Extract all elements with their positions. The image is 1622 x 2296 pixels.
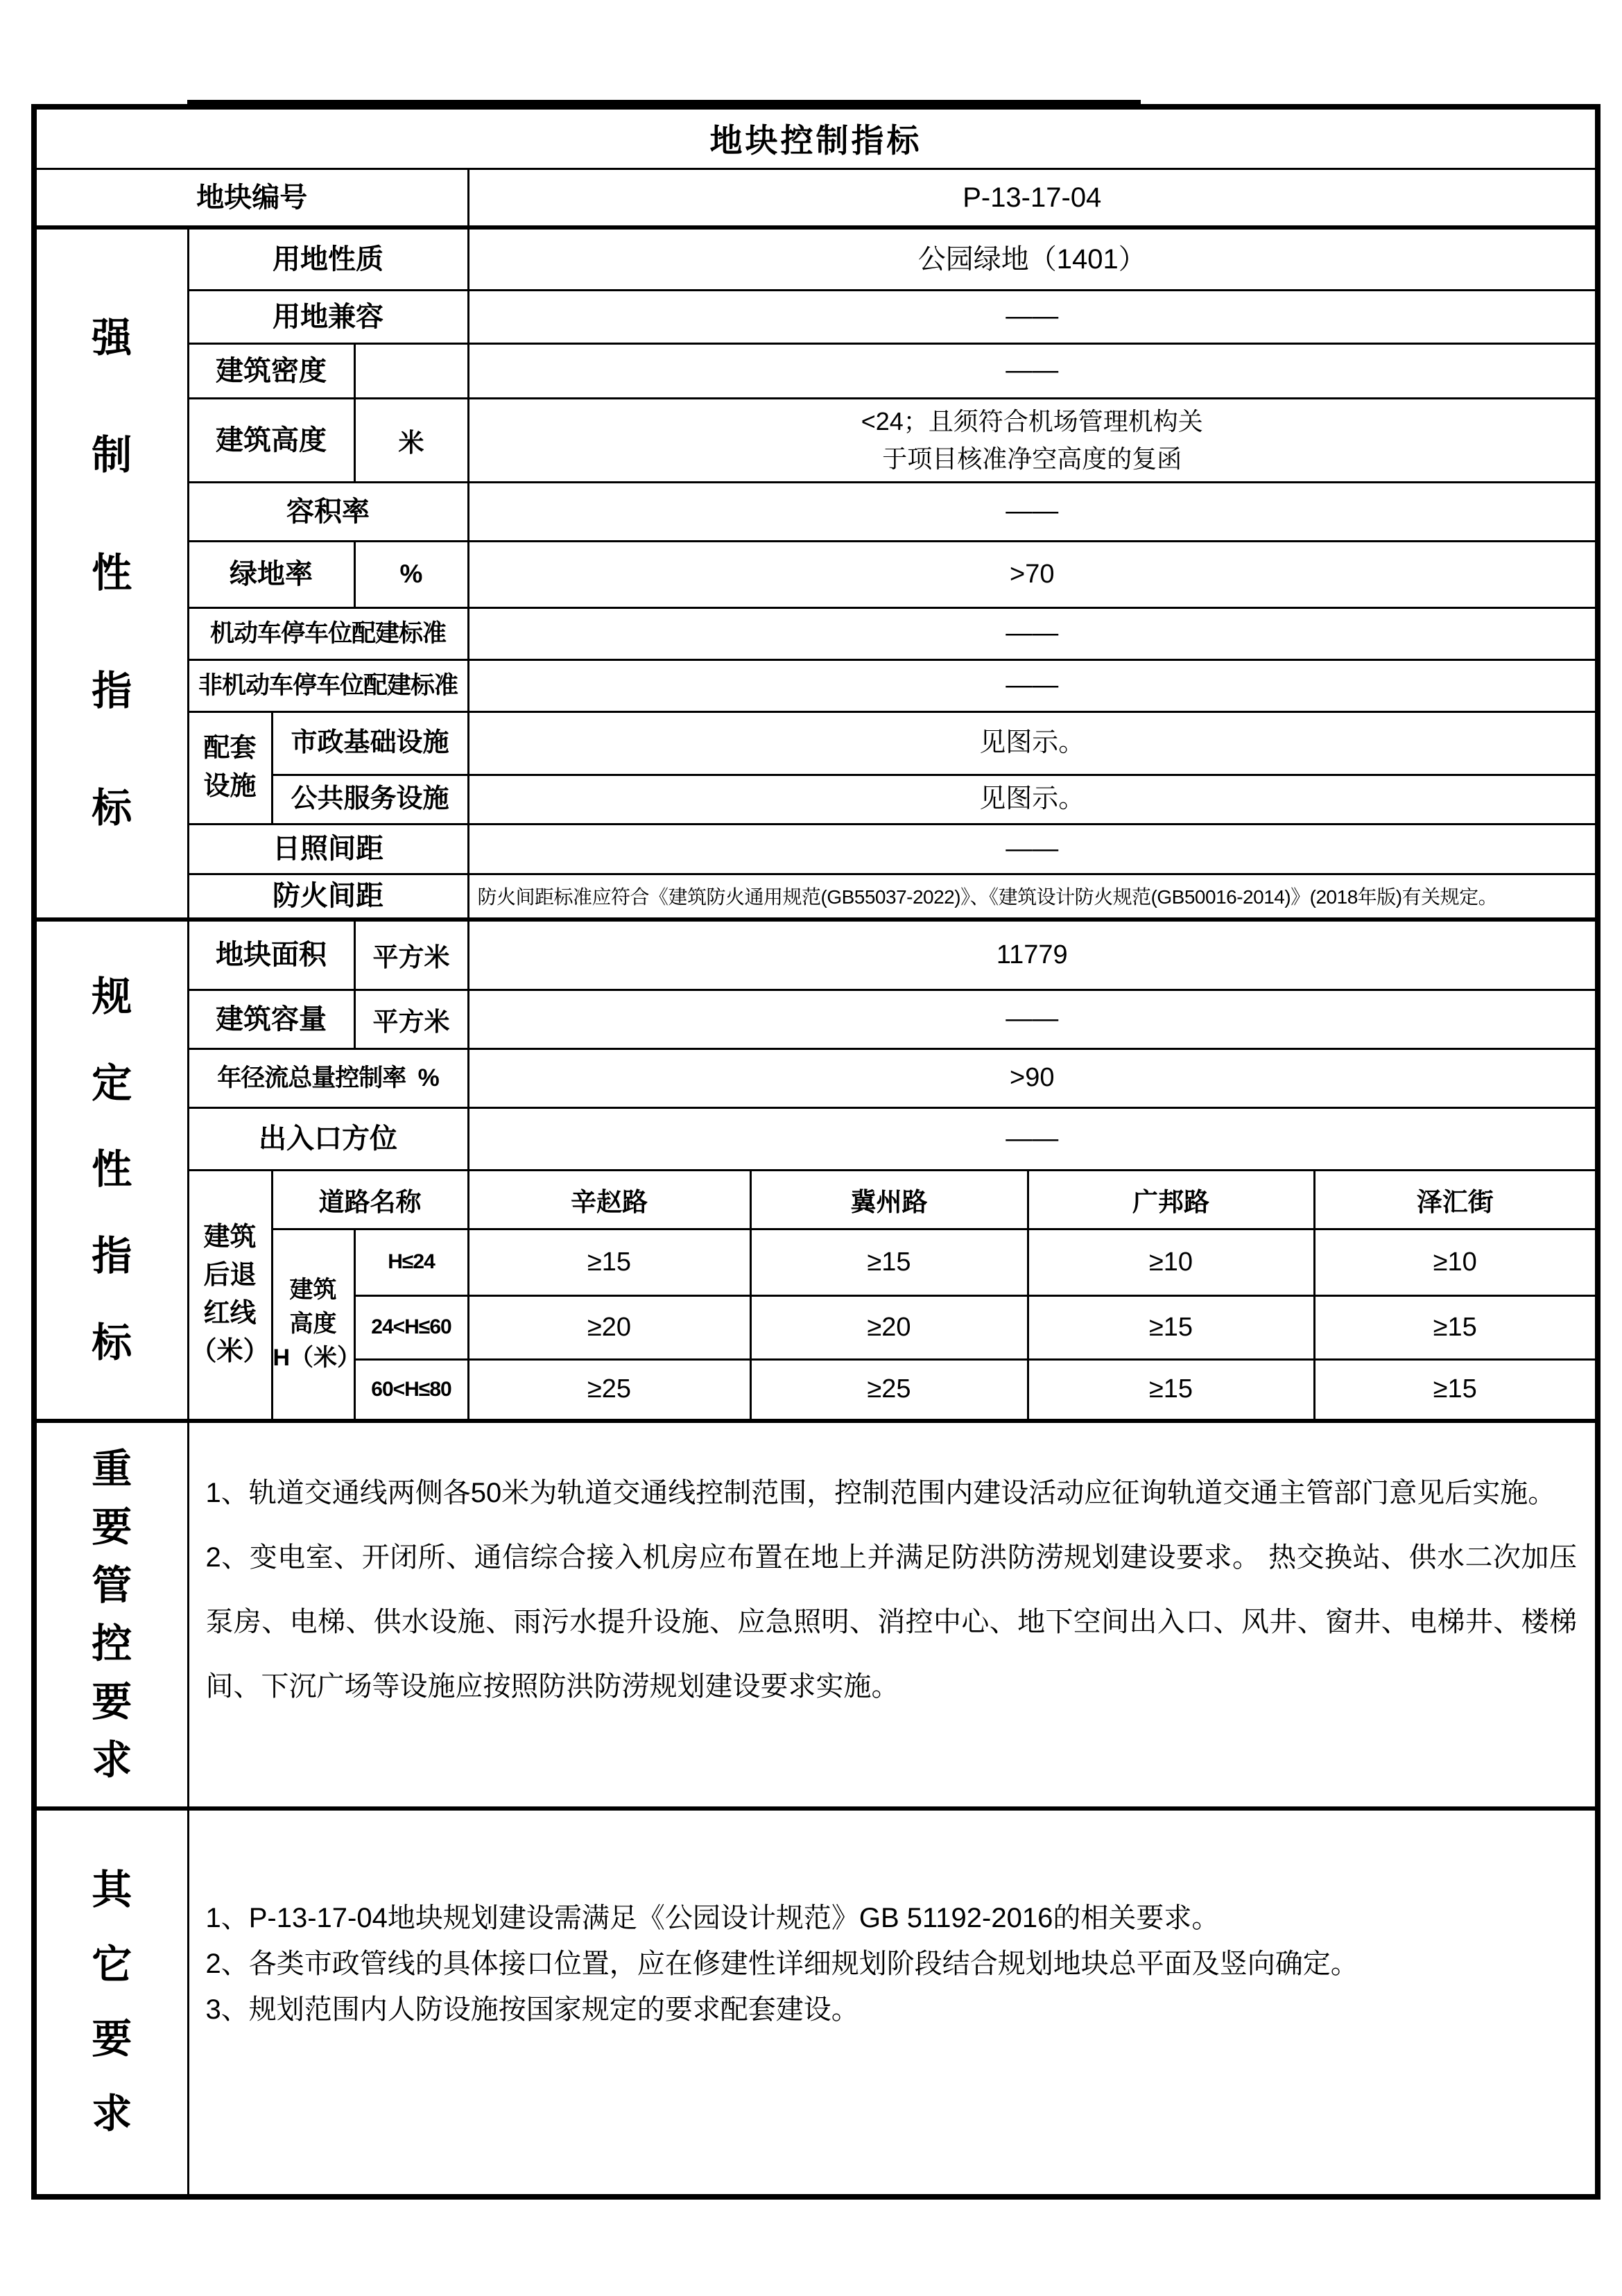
section-key-control-label: 重要管控要求 bbox=[37, 1431, 187, 1799]
plot-control-table: 地块控制指标 地块编号 P-13-17-04 强制性指标 用地性质 公园绿地（1… bbox=[31, 104, 1601, 2200]
public-service-facilities-label: 公共服务设施 bbox=[272, 775, 468, 824]
building-height-range-group-label: 建筑 高度 H（米） bbox=[272, 1229, 354, 1421]
building-density-value: —— bbox=[468, 343, 1598, 398]
setback-r3-road4: ≥15 bbox=[1314, 1359, 1598, 1421]
setback-r2-road2: ≥20 bbox=[750, 1295, 1028, 1359]
setback-r1-road4: ≥10 bbox=[1314, 1229, 1598, 1295]
runoff-control-rate-label: 年径流总量控制率 % bbox=[188, 1048, 468, 1107]
other-requirement-item-2: 2、各类市政管线的具体接口位置，应在修建性详细规划阶段结合规划地块总平面及竖向确… bbox=[206, 1941, 1578, 1987]
key-control-item-1: 1、轨道交通线两侧各50米为轨道交通线控制范围，控制范围内建设活动应征询轨道交通… bbox=[206, 1461, 1578, 1526]
setback-r3-road2: ≥25 bbox=[750, 1359, 1028, 1421]
building-capacity-label: 建筑容量 bbox=[188, 990, 354, 1048]
plot-ratio-value: —— bbox=[468, 482, 1598, 541]
plot-number-label: 地块编号 bbox=[34, 169, 468, 227]
height-range-1: H≤24 bbox=[354, 1229, 468, 1295]
height-range-3: 60<H≤80 bbox=[354, 1359, 468, 1421]
motor-parking-standard-value: —— bbox=[468, 607, 1598, 659]
section-other-requirements-label: 其它要求 bbox=[37, 1836, 187, 2169]
plot-number-value: P-13-17-04 bbox=[468, 169, 1598, 227]
building-height-unit: 米 bbox=[354, 398, 468, 482]
runoff-control-rate-value: >90 bbox=[468, 1048, 1598, 1107]
section-mandatory-indicators: 强制性指标 bbox=[34, 227, 188, 920]
land-use-nature-value: 公园绿地（1401） bbox=[468, 227, 1598, 290]
table-title: 地块控制指标 bbox=[34, 107, 1598, 169]
land-use-nature-label: 用地性质 bbox=[188, 227, 468, 290]
fire-spacing-value: 防火间距标准应符合《建筑防火通用规范(GB55037-2022)》、《建筑设计防… bbox=[468, 874, 1598, 920]
plot-ratio-label: 容积率 bbox=[188, 482, 468, 541]
non-motor-parking-standard-value: —— bbox=[468, 659, 1598, 711]
sunlight-spacing-value: —— bbox=[468, 824, 1598, 874]
plot-area-label: 地块面积 bbox=[188, 920, 354, 990]
green-rate-label: 绿地率 bbox=[188, 541, 354, 607]
building-capacity-value: —— bbox=[468, 990, 1598, 1048]
other-requirement-item-3: 3、规划范围内人防设施按国家规定的要求配套建设。 bbox=[206, 1987, 1578, 2032]
motor-parking-standard-label: 机动车停车位配建标准 bbox=[188, 607, 468, 659]
height-range-2: 24<H≤60 bbox=[354, 1295, 468, 1359]
non-motor-parking-standard-label: 非机动车停车位配建标准 bbox=[188, 659, 468, 711]
document-page: 地块控制指标 地块编号 P-13-17-04 强制性指标 用地性质 公园绿地（1… bbox=[0, 0, 1622, 2296]
section-other-requirements: 其它要求 bbox=[34, 1809, 188, 2197]
municipal-infrastructure-label: 市政基础设施 bbox=[272, 711, 468, 775]
land-use-compatibility-value: —— bbox=[468, 290, 1598, 343]
section-prescriptive-indicators: 规定性指标 bbox=[34, 920, 188, 1421]
setback-r3-road3: ≥15 bbox=[1028, 1359, 1314, 1421]
setback-r2-road4: ≥15 bbox=[1314, 1295, 1598, 1359]
building-density-label: 建筑密度 bbox=[188, 343, 354, 398]
building-capacity-unit: 平方米 bbox=[354, 990, 468, 1048]
building-density-unit bbox=[354, 343, 468, 398]
building-height-label: 建筑高度 bbox=[188, 398, 354, 482]
key-control-item-2: 2、变电室、开闭所、通信综合接入机房应布置在地上并满足防洪防涝规划建设要求。 热… bbox=[206, 1526, 1578, 1719]
road-name-1: 辛赵路 bbox=[468, 1170, 750, 1229]
land-use-compatibility-label: 用地兼容 bbox=[188, 290, 468, 343]
building-height-value: <24；且须符合机场管理机构关 于项目核准净空高度的复函 bbox=[468, 398, 1598, 482]
setback-r2-road3: ≥15 bbox=[1028, 1295, 1314, 1359]
section-key-control: 重要管控要求 bbox=[34, 1421, 188, 1809]
green-rate-value: >70 bbox=[468, 541, 1598, 607]
green-rate-unit: % bbox=[354, 541, 468, 607]
road-name-4: 泽汇街 bbox=[1314, 1170, 1598, 1229]
public-service-facilities-value: 见图示。 bbox=[468, 775, 1598, 824]
supporting-facilities-group-label: 配套 设施 bbox=[188, 711, 272, 824]
setback-r1-road2: ≥15 bbox=[750, 1229, 1028, 1295]
other-requirements-text: 1、P-13-17-04地块规划建设需满足《公园设计规范》GB 51192-20… bbox=[188, 1809, 1598, 2197]
entrance-orientation-value: —— bbox=[468, 1107, 1598, 1170]
plot-area-unit: 平方米 bbox=[354, 920, 468, 990]
road-name-2: 冀州路 bbox=[750, 1170, 1028, 1229]
municipal-infrastructure-value: 见图示。 bbox=[468, 711, 1598, 775]
plot-area-value: 11779 bbox=[468, 920, 1598, 990]
fire-spacing-label: 防火间距 bbox=[188, 874, 468, 920]
sunlight-spacing-label: 日照间距 bbox=[188, 824, 468, 874]
setback-r1-road3: ≥10 bbox=[1028, 1229, 1314, 1295]
key-control-text: 1、轨道交通线两侧各50米为轨道交通线控制范围，控制范围内建设活动应征询轨道交通… bbox=[188, 1421, 1598, 1809]
other-requirement-item-1: 1、P-13-17-04地块规划建设需满足《公园设计规范》GB 51192-20… bbox=[206, 1895, 1578, 1941]
setback-r1-road1: ≥15 bbox=[468, 1229, 750, 1295]
setback-r2-road1: ≥20 bbox=[468, 1295, 750, 1359]
road-name-3: 广邦路 bbox=[1028, 1170, 1314, 1229]
section-prescriptive-label: 规定性指标 bbox=[37, 931, 187, 1410]
road-name-header: 道路名称 bbox=[272, 1170, 468, 1229]
setback-r3-road1: ≥25 bbox=[468, 1359, 750, 1421]
section-mandatory-label: 强制性指标 bbox=[37, 241, 187, 906]
entrance-orientation-label: 出入口方位 bbox=[188, 1107, 468, 1170]
setback-redline-group-label: 建筑 后退 红线 （米） bbox=[188, 1170, 272, 1421]
